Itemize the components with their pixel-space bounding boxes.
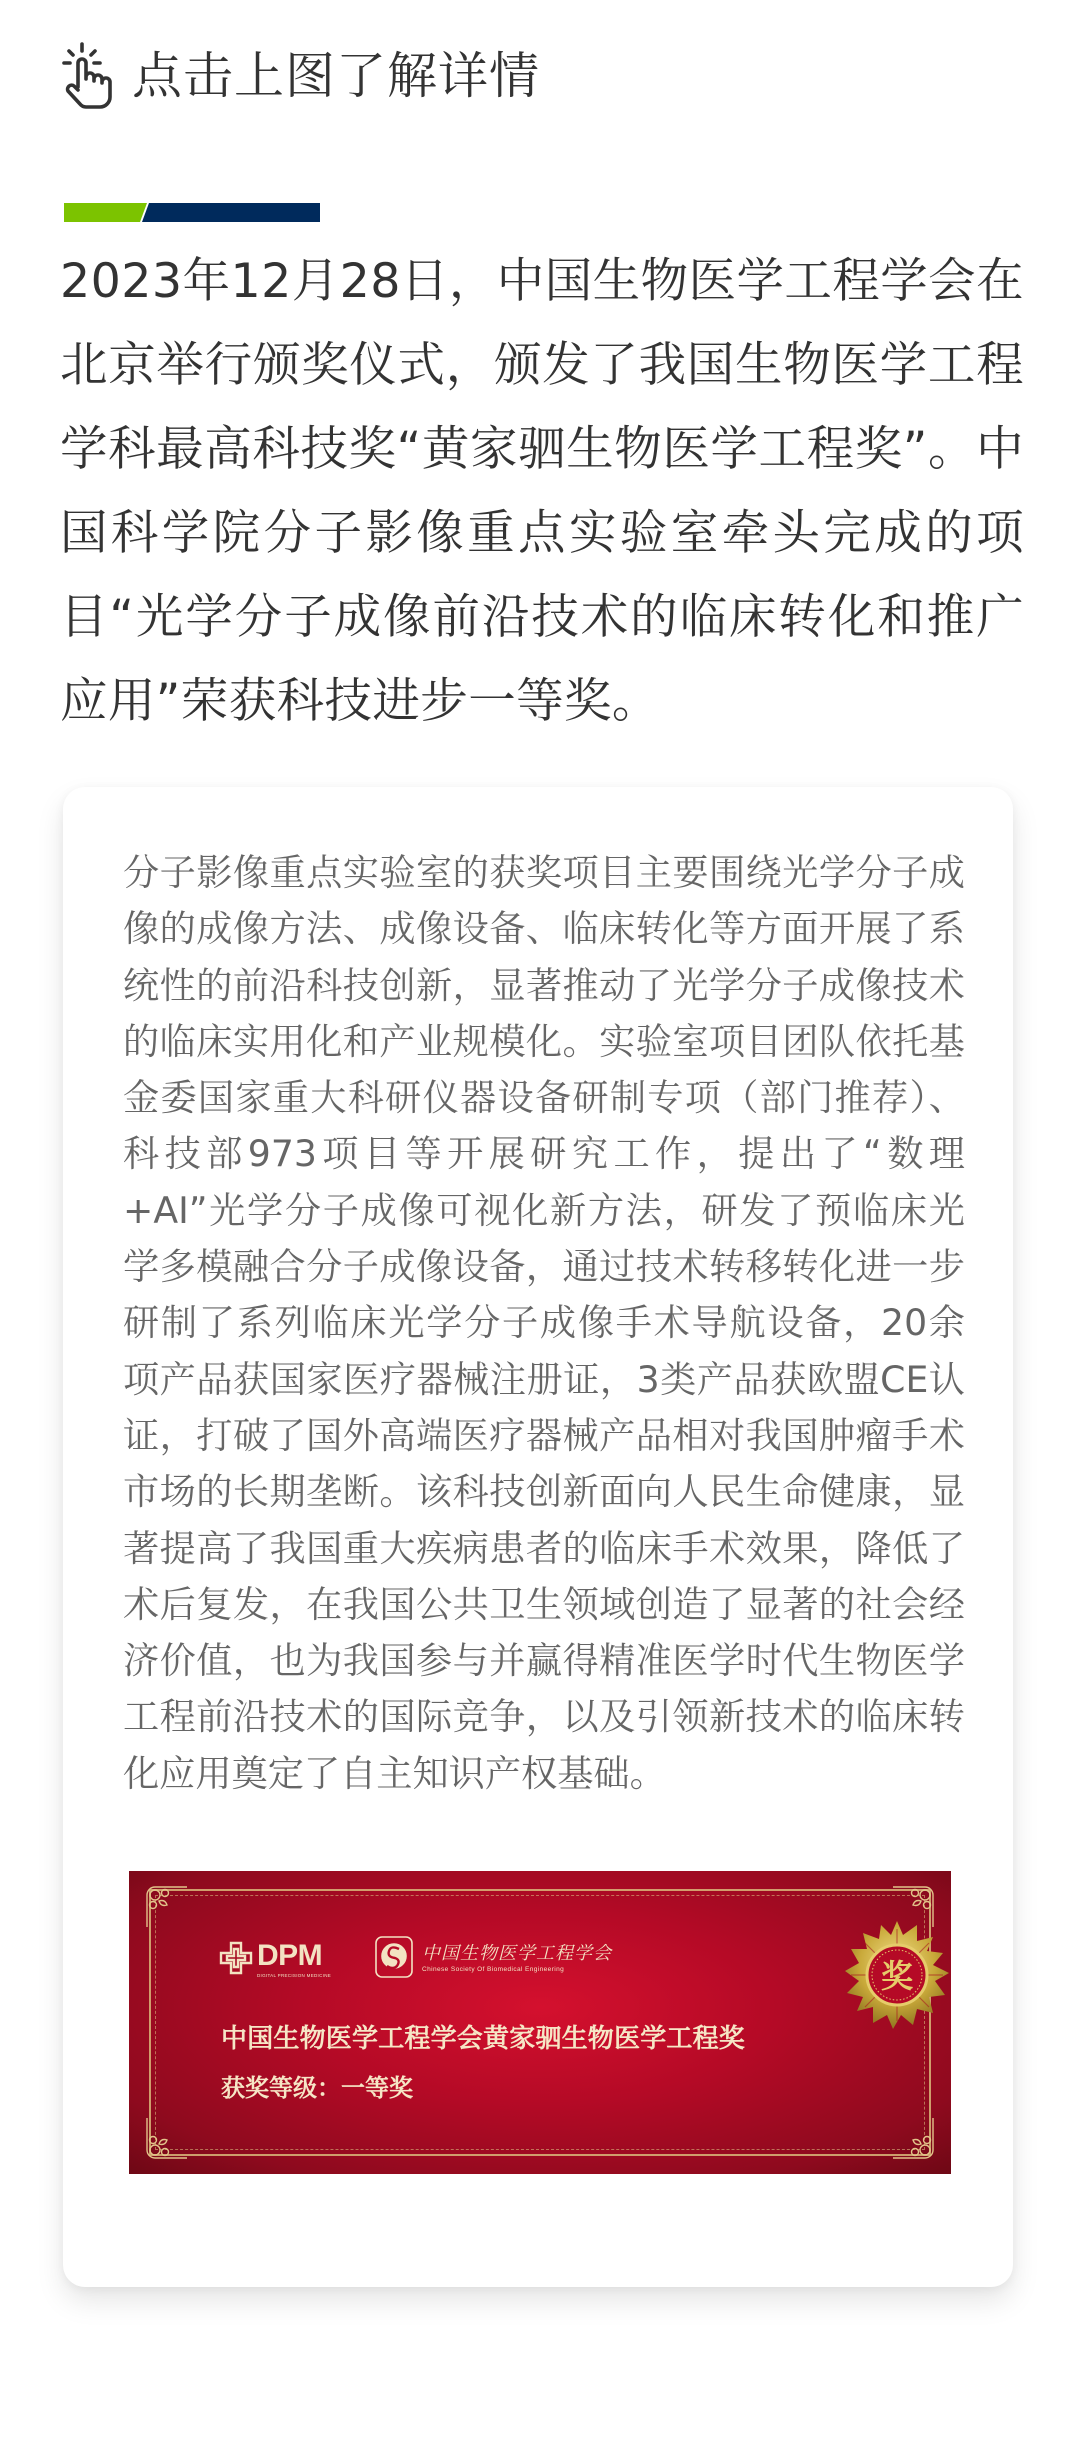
card-paragraph: 分子影像重点实验室的获奖项目主要围绕光学分子成像的成像方法、成像设备、临床转化等… (123, 845, 965, 1802)
award-banner-image[interactable]: DPM DIGITAL PRECISION MEDICINE 中国生物医学工程学… (129, 1871, 951, 2174)
award-medal-icon: 奖 (841, 1919, 951, 2031)
click-hint: 点击上图了解详情 (62, 40, 540, 112)
click-hint-label: 点击上图了解详情 (132, 40, 540, 112)
society-emblem-icon (374, 1935, 414, 1979)
ornament-corner-icon (141, 2112, 193, 2164)
dpm-logo-text: DPM (257, 1941, 331, 1971)
society-logo: 中国生物医学工程学会 Chinese Society Of Biomedical… (374, 1935, 612, 1979)
society-name-cn: 中国生物医学工程学会 (422, 1942, 612, 1966)
dpm-logo-subtitle: DIGITAL PRECISION MEDICINE (257, 1973, 331, 1978)
society-name-en: Chinese Society Of Biomedical Engineerin… (422, 1966, 612, 1973)
award-grade: 获奖等级：一等奖 (221, 2071, 413, 2105)
accent-bar (64, 203, 320, 222)
ornament-corner-icon (141, 1881, 193, 1933)
dpm-logo: DPM DIGITAL PRECISION MEDICINE (219, 1941, 331, 1978)
medal-character: 奖 (881, 1957, 913, 1995)
award-title: 中国生物医学工程学会黄家驷生物医学工程奖 (221, 2021, 745, 2057)
tap-hand-icon (62, 41, 116, 111)
cross-logo-icon (219, 1941, 253, 1975)
intro-paragraph: 2023年12月28日，中国生物医学工程学会在北京举行颁奖仪式，颁发了我国生物医… (60, 240, 1024, 744)
ornament-corner-icon (887, 2112, 939, 2164)
detail-card: 分子影像重点实验室的获奖项目主要围绕光学分子成像的成像方法、成像设备、临床转化等… (63, 787, 1013, 2287)
